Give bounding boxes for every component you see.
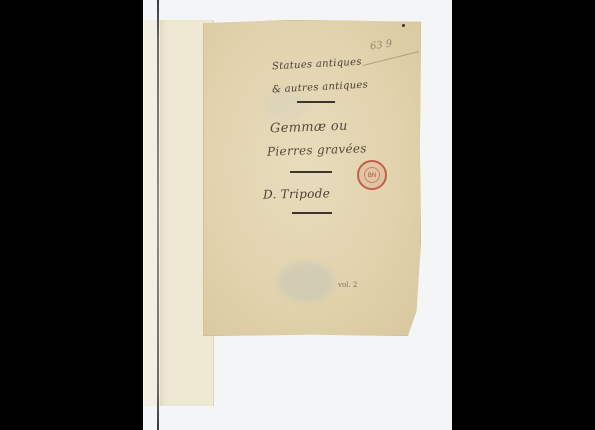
page-mark: vol. 2 — [338, 281, 357, 289]
water-stain — [278, 262, 334, 302]
spine-line — [157, 0, 159, 430]
divider-rule — [292, 212, 332, 214]
library-stamp: BN — [357, 160, 387, 190]
title-line-5: D. Tripode — [263, 186, 330, 201]
title-line-3: Gemmæ ou — [270, 119, 348, 137]
ink-dot — [402, 24, 405, 27]
divider-rule — [290, 171, 332, 173]
stamp-text: BN — [368, 172, 377, 179]
divider-rule — [297, 101, 335, 103]
